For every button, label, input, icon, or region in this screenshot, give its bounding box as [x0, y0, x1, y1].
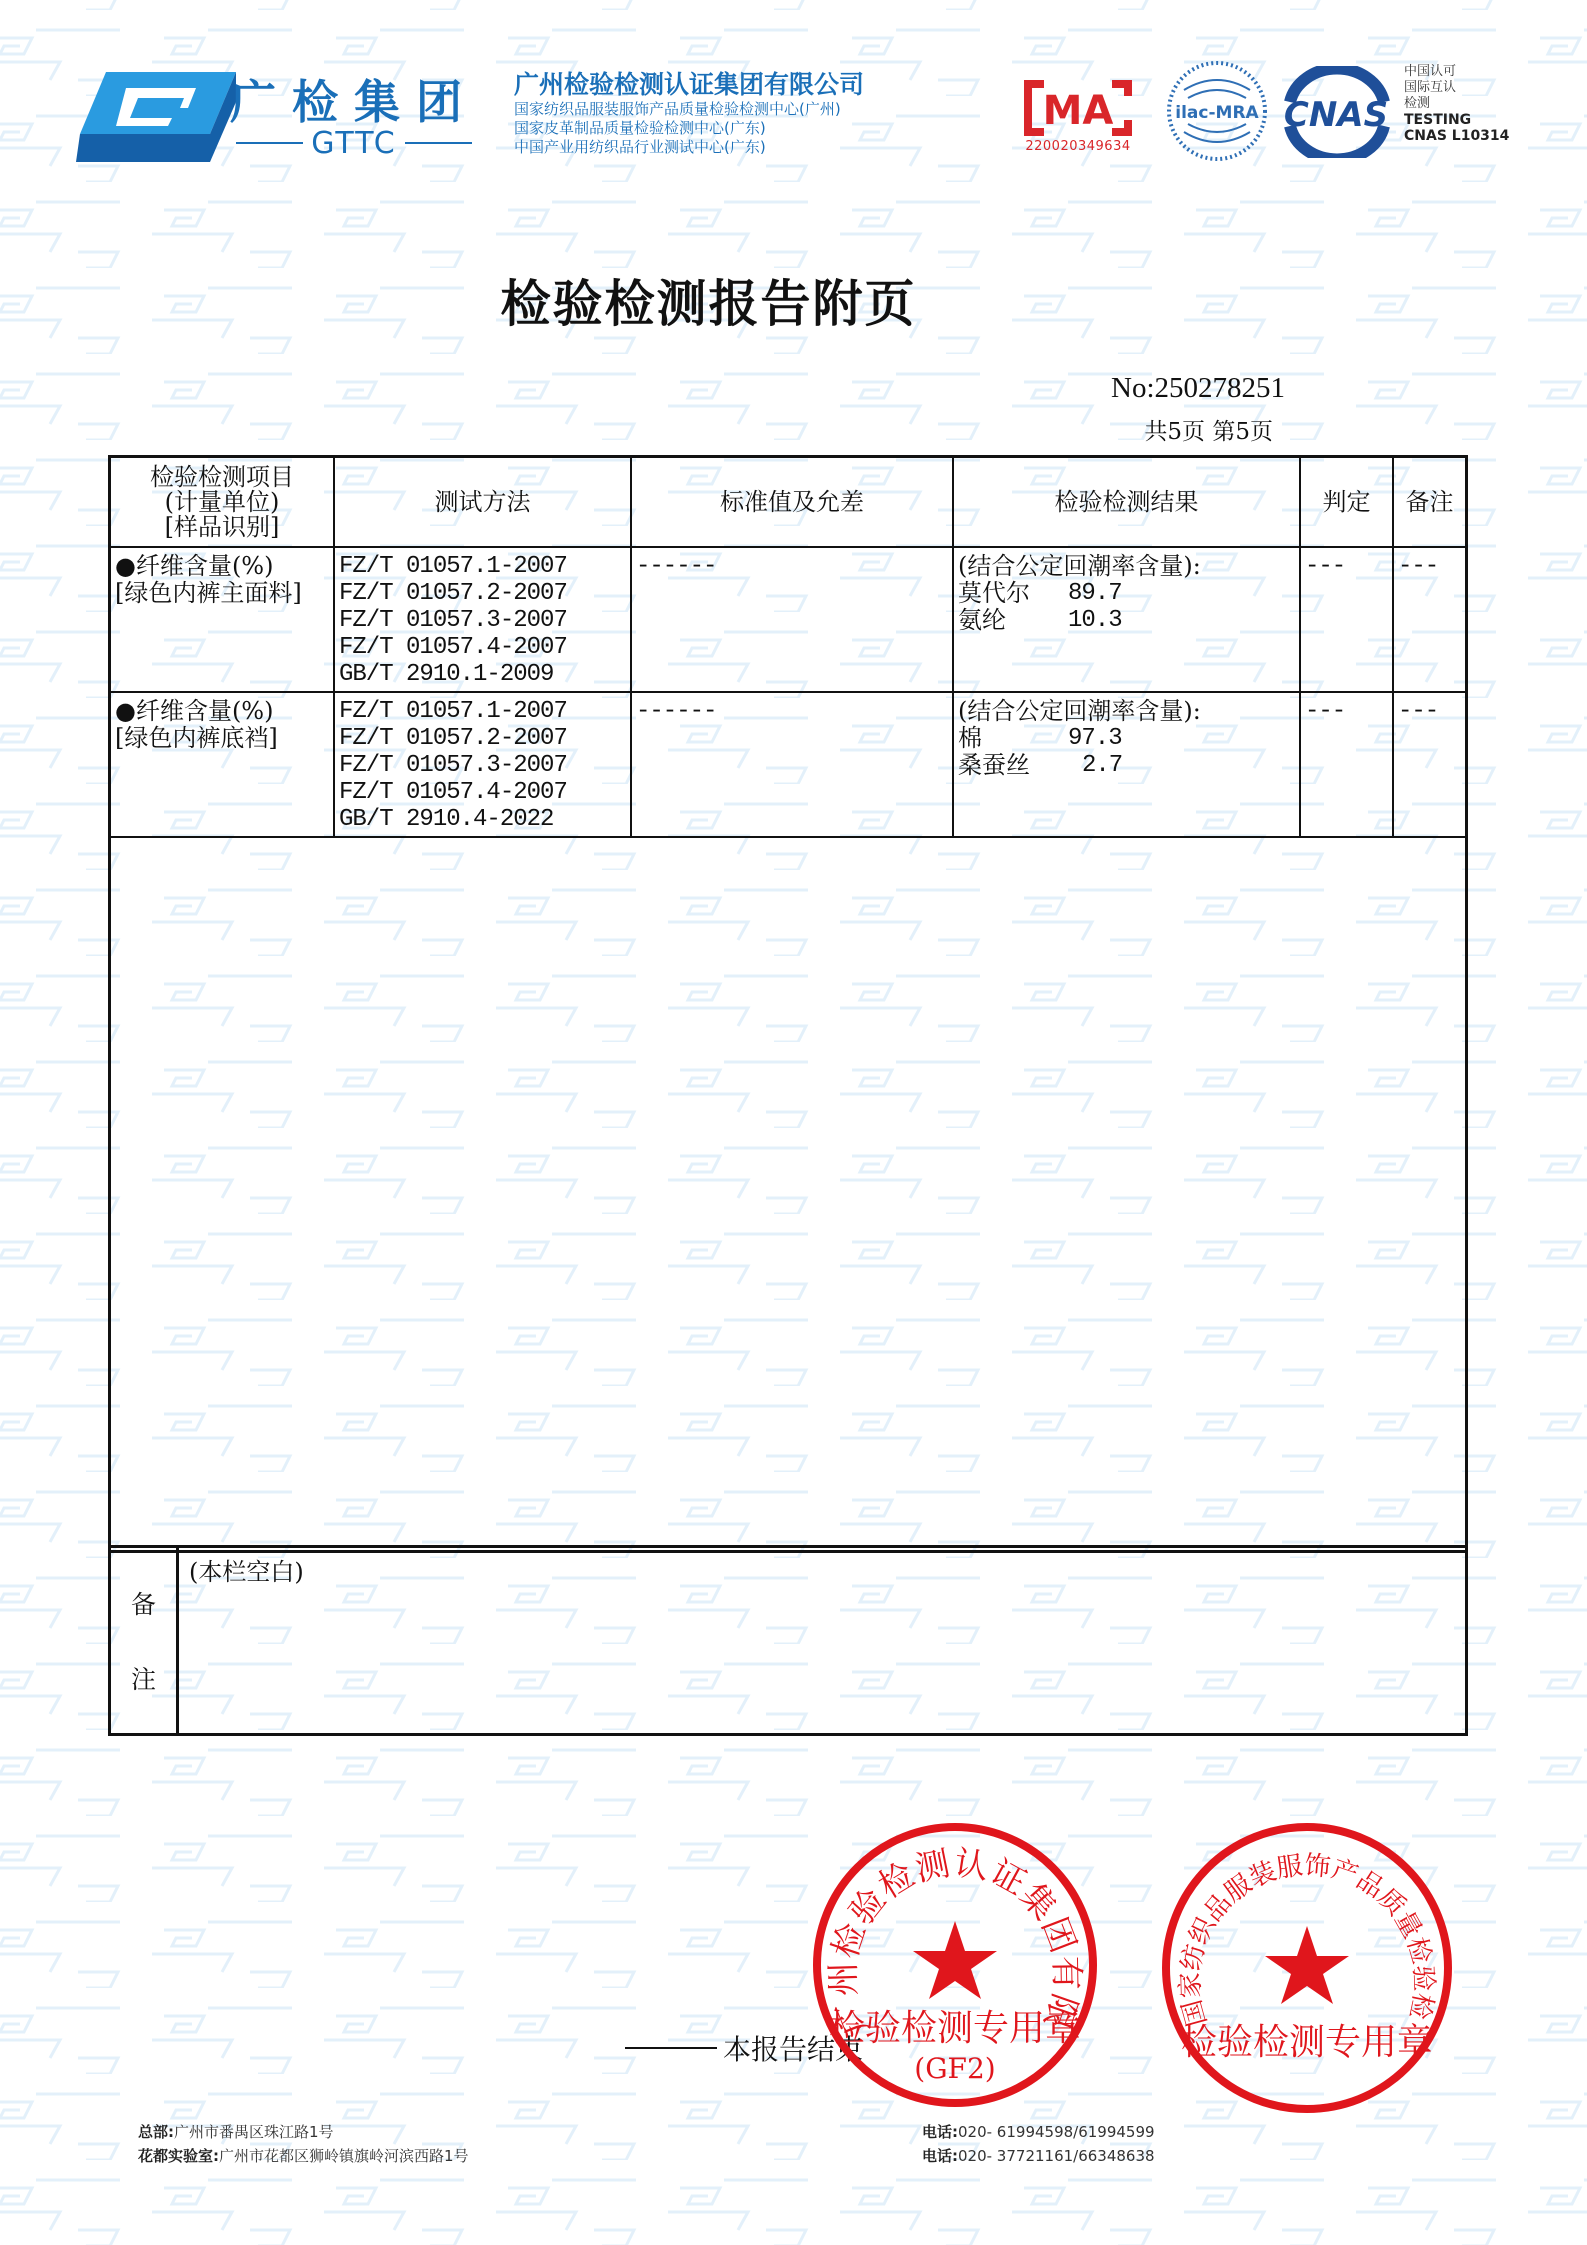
page-indicator: 共5页 第5页	[1144, 413, 1273, 446]
result-title: (结合公定回潮率含量):	[958, 698, 1295, 725]
brand-name-en-row: GTTC	[228, 126, 480, 160]
organization-block: 广州检验检测认证集团有限公司 国家纺织品服装服饰产品质量检验检测中心(广州) 国…	[514, 70, 864, 157]
organization-sub-2: 国家皮革制品质量检验检测中心(广东)	[514, 119, 864, 138]
cell-remark: ---	[1394, 548, 1465, 691]
cell-result: (结合公定回潮率含量): 棉97.3 桑蚕丝2.7	[954, 693, 1301, 836]
footer-phone-2: 电话:020- 37721161/66348638	[922, 2144, 1155, 2168]
cnas-line-2: 国际互认	[1404, 80, 1509, 96]
result-line: 棉97.3	[958, 725, 1295, 752]
footer-addresses: 总部:广州市番禺区珠江路1号 花都实验室:广州市花都区狮岭镇旗岭河滨西路1号	[138, 2120, 469, 2168]
official-seal-icon: 广州检验检测认证集团有限公司 检验检测专用章 (GF2)	[808, 1818, 1102, 2112]
seal-ring-text: 广州检验检测认证集团有限公司	[808, 1818, 1086, 2040]
cnas-logo-icon: CNAS	[1276, 66, 1396, 158]
fiber-value: 10.3	[1068, 607, 1122, 634]
fiber-name: 桑蚕丝	[958, 752, 1068, 779]
fiber-name: 棉	[958, 725, 1068, 752]
divider	[405, 142, 472, 144]
cell-judgement: ---	[1301, 548, 1394, 691]
header-result: 检验检测结果	[954, 458, 1301, 546]
method: FZ/T 01057.1-2007	[339, 553, 626, 580]
method: FZ/T 01057.2-2007	[339, 580, 626, 607]
result-line: 莫代尔89.7	[958, 580, 1295, 607]
header-item: 检验检测项目 (计量单位) [样品识别]	[111, 458, 335, 546]
phone-number: 020- 61994598/61994599	[958, 2123, 1155, 2141]
fiber-name: 莫代尔	[958, 580, 1068, 607]
item-name: ●纤维含量(%)	[115, 553, 329, 580]
report-number: No:250278251	[1111, 372, 1285, 405]
remarks-box: 备 注 (本栏空白)	[108, 1545, 1468, 1736]
method: FZ/T 01057.4-2007	[339, 634, 626, 661]
hq-address: 广州市番禺区珠江路1号	[174, 2123, 334, 2141]
svg-text:CNAS: CNAS	[1284, 95, 1388, 135]
fiber-name: 氨纶	[958, 607, 1068, 634]
method: GB/T 2910.1-2009	[339, 661, 626, 688]
cnas-code: CNAS L10314	[1404, 128, 1509, 144]
gttc-logo-icon	[76, 72, 236, 162]
svg-text:ilac-MRA: ilac-MRA	[1175, 103, 1259, 123]
organization-name: 广州检验检测认证集团有限公司	[514, 70, 864, 100]
result-line: 桑蚕丝2.7	[958, 752, 1295, 779]
table-header-row: 检验检测项目 (计量单位) [样品识别] 测试方法 标准值及允差 检验检测结果 …	[111, 458, 1465, 548]
cnas-line-1: 中国认可	[1404, 64, 1509, 80]
fiber-value: 97.3	[1068, 725, 1122, 752]
table-row: ●纤维含量(%) [绿色内裤底裆] FZ/T 01057.1-2007 FZ/T…	[111, 693, 1465, 838]
footer-lab: 花都实验室:广州市花都区狮岭镇旗岭河滨西路1号	[138, 2144, 469, 2168]
footer-phones: 电话:020- 61994598/61994599 电话:020- 377211…	[922, 2120, 1155, 2168]
method: GB/T 2910.4-2022	[339, 806, 626, 833]
svg-text:广州检验检测认证集团有限公司: 广州检验检测认证集团有限公司	[808, 1818, 1086, 2040]
remarks-label: 备 注	[111, 1548, 179, 1733]
phone-label: 电话:	[922, 2123, 958, 2141]
official-seal-icon: 国家纺织品服装服饰产品质量检验检测中心(广州) 检验检测专用章	[1157, 1818, 1457, 2118]
method: FZ/T 01057.3-2007	[339, 607, 626, 634]
seal-center-text: 检验检测专用章	[1181, 2022, 1433, 2063]
fiber-value: 2.7	[1068, 752, 1122, 779]
footer-hq: 总部:广州市番禺区珠江路1号	[138, 2120, 469, 2144]
sample-id: [绿色内裤底裆]	[115, 725, 329, 752]
cell-methods: FZ/T 01057.1-2007 FZ/T 01057.2-2007 FZ/T…	[335, 693, 632, 836]
brand-name-cn: 广检集团	[230, 66, 478, 132]
header-item-line-1: 检验检测项目	[150, 465, 294, 490]
header-method: 测试方法	[335, 458, 632, 546]
cma-number: 220020349634	[1018, 139, 1138, 154]
table-row: ●纤维含量(%) [绿色内裤主面料] FZ/T 01057.1-2007 FZ/…	[111, 548, 1465, 693]
header-remark: 备注	[1394, 458, 1465, 546]
result-title: (结合公定回潮率含量):	[958, 553, 1295, 580]
remarks-content: (本栏空白)	[179, 1548, 1465, 1733]
item-name: ●纤维含量(%)	[115, 698, 329, 725]
method: FZ/T 01057.2-2007	[339, 725, 626, 752]
seal-code-text: (GF2)	[914, 2052, 995, 2085]
cell-result: (结合公定回潮率含量): 莫代尔89.7 氨纶10.3	[954, 548, 1301, 691]
divider	[625, 2047, 717, 2049]
organization-sub-3: 中国产业用纺织品行业测试中心(广东)	[514, 138, 864, 157]
organization-sub-1: 国家纺织品服装服饰产品质量检验检测中心(广州)	[514, 100, 864, 119]
remarks-label-top: 备	[131, 1585, 156, 1621]
table-blank-area	[111, 838, 1465, 1550]
document-title-text: 检验检测报告附页	[501, 274, 917, 333]
header-judgement: 判定	[1301, 458, 1394, 546]
hq-label: 总部:	[138, 2123, 174, 2141]
remarks-label-bottom: 注	[131, 1660, 156, 1696]
cell-standard: ------	[632, 548, 954, 691]
result-line: 氨纶10.3	[958, 607, 1295, 634]
seal-ring-text: 国家纺织品服装服饰产品质量检验检测中心(广州)	[1157, 1818, 1438, 2029]
header-item-line-3: [样品识别]	[165, 515, 280, 540]
header-standard: 标准值及允差	[632, 458, 954, 546]
header-item-line-2: (计量单位)	[165, 490, 280, 515]
report-page: 广检集团 GTTC 广州检验检测认证集团有限公司 国家纺织品服装服饰产品质量检验…	[0, 0, 1587, 2245]
cnas-accreditation-text: 中国认可 国际互认 检测 TESTING CNAS L10314	[1404, 64, 1509, 144]
cell-remark: ---	[1394, 693, 1465, 836]
lab-label: 花都实验室:	[138, 2147, 219, 2165]
method: FZ/T 01057.3-2007	[339, 752, 626, 779]
fiber-value: 89.7	[1068, 580, 1122, 607]
footer-phone-1: 电话:020- 61994598/61994599	[922, 2120, 1155, 2144]
phone-label: 电话:	[922, 2147, 958, 2165]
cell-judgement: ---	[1301, 693, 1394, 836]
cell-item: ●纤维含量(%) [绿色内裤主面料]	[111, 548, 335, 691]
brand-name-en: GTTC	[311, 126, 397, 161]
divider	[236, 142, 303, 144]
results-table: 检验检测项目 (计量单位) [样品识别] 测试方法 标准值及允差 检验检测结果 …	[108, 455, 1468, 1553]
cell-item: ●纤维含量(%) [绿色内裤底裆]	[111, 693, 335, 836]
document-title: 检验检测报告附页	[0, 264, 1587, 336]
ilac-mra-logo-icon: ilac-MRA	[1166, 60, 1268, 162]
sample-id: [绿色内裤主面料]	[115, 580, 329, 607]
cnas-line-3: 检测	[1404, 96, 1509, 112]
lab-address: 广州市花都区狮岭镇旗岭河滨西路1号	[219, 2147, 469, 2165]
svg-text:国家纺织品服装服饰产品质量检验检测中心(广州): 国家纺织品服装服饰产品质量检验检测中心(广州)	[1157, 1818, 1438, 2029]
seal-center-text: 检验检测专用章	[829, 2008, 1081, 2049]
method: FZ/T 01057.4-2007	[339, 779, 626, 806]
phone-number: 020- 37721161/66348638	[958, 2147, 1155, 2165]
cnas-testing: TESTING	[1404, 112, 1509, 128]
cell-standard: ------	[632, 693, 954, 836]
method: FZ/T 01057.1-2007	[339, 698, 626, 725]
cell-methods: FZ/T 01057.1-2007 FZ/T 01057.2-2007 FZ/T…	[335, 548, 632, 691]
svg-text:MA: MA	[1043, 88, 1114, 134]
